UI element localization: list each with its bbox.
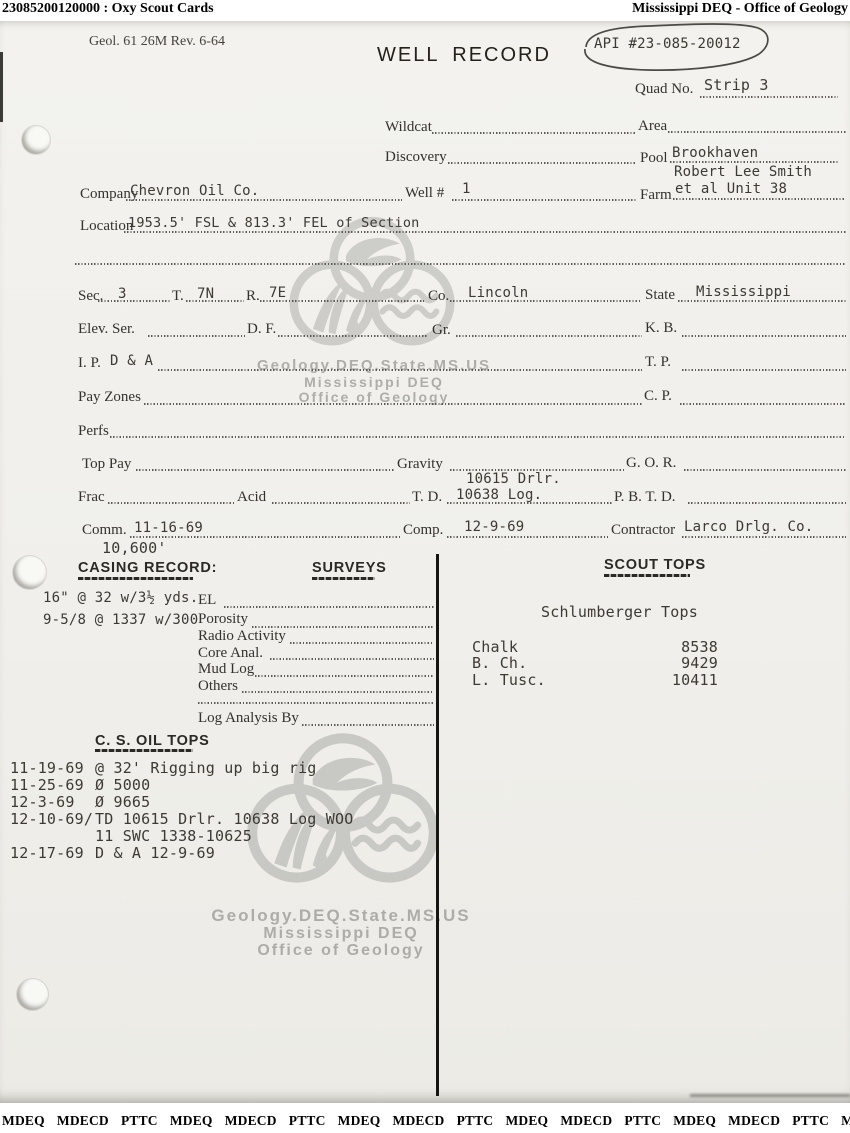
dotted-leader xyxy=(108,502,234,504)
oil-top-note: D & A 12-9-69 xyxy=(95,844,215,862)
field-comm-value: 11-16-69 xyxy=(134,520,203,536)
scout-tops-heading: SCOUT TOPS xyxy=(604,557,706,573)
field-td-value-driller: 10615 Drlr. xyxy=(466,471,561,487)
oil-top-date: 11-19-69 xyxy=(10,759,84,777)
field-township-label: T. xyxy=(172,288,184,305)
field-pool-label: Pool xyxy=(640,150,668,167)
field-well-no-label: Well # xyxy=(405,185,444,202)
dotted-leader xyxy=(270,658,434,660)
punch-hole xyxy=(17,979,48,1010)
dotted-leader xyxy=(224,606,434,608)
scout-top-depth: 10411 xyxy=(472,671,718,689)
field-state-value: Mississippi xyxy=(696,284,791,300)
survey-item-mud-log: Mud Log xyxy=(198,661,254,678)
dotted-leader xyxy=(450,300,642,302)
watermark-text-line3: Office of Geology xyxy=(188,942,494,960)
dotted-leader xyxy=(432,132,636,134)
dotted-leader xyxy=(688,502,846,504)
dotted-leader xyxy=(198,702,434,704)
viewer-header-right: Mississippi DEQ - Office of Geology xyxy=(632,1,848,17)
field-farm-value-line1: Robert Lee Smith xyxy=(674,164,812,180)
heading-underline xyxy=(604,574,690,577)
dotted-leader xyxy=(124,231,846,233)
field-company-value: Chevron Oil Co. xyxy=(130,183,259,199)
field-discovery-label: Discovery xyxy=(385,149,447,166)
field-td-label: T. D. xyxy=(412,489,442,506)
field-range-label: R. xyxy=(246,288,260,305)
field-sec-label: Sec. xyxy=(78,288,103,305)
dotted-leader xyxy=(452,199,636,201)
dotted-leader xyxy=(678,300,846,302)
column-divider-line xyxy=(436,554,439,1096)
oil-top-date: 12-3-69 xyxy=(10,793,75,811)
dotted-leader xyxy=(682,335,846,337)
field-contractor-value: Larco Drlg. Co. xyxy=(684,519,813,535)
field-quad-no-value: Strip 3 xyxy=(704,76,769,94)
dotted-leader xyxy=(700,96,838,98)
punch-hole xyxy=(13,556,46,589)
dotted-leader xyxy=(110,436,846,438)
field-comm-note: 10,600' xyxy=(102,539,167,557)
scanned-well-record-page: 23085200120000 : Oxy Scout Cards Mississ… xyxy=(0,0,850,1133)
survey-item-others: Others xyxy=(198,678,238,695)
oil-top-note: Ø 9665 xyxy=(95,793,150,811)
oil-top-note: Ø 5000 xyxy=(95,776,150,794)
watermark-text-line1: Geology.DEQ.State.MS.US xyxy=(246,357,502,374)
field-elev-ser-label: Elev. Ser. xyxy=(78,321,135,338)
dotted-leader xyxy=(682,536,846,538)
dotted-leader xyxy=(670,161,838,163)
field-acid-label: Acid xyxy=(237,489,266,506)
field-area-label: Area xyxy=(638,118,667,135)
viewer-header-left: 23085200120000 : Oxy Scout Cards xyxy=(2,1,214,17)
dotted-leader xyxy=(260,300,424,302)
dotted-leader xyxy=(136,469,394,471)
field-range-value: 7E xyxy=(269,285,286,301)
oil-top-note: TD 10615 Drlr. 10638 Log WOO xyxy=(95,810,353,828)
watermark-text-line1: Geology.DEQ.State.MS.US xyxy=(188,906,494,926)
field-pay-zones-label: Pay Zones xyxy=(78,389,141,406)
page-edge-artifact xyxy=(0,52,3,122)
punch-hole xyxy=(22,126,50,154)
field-pbtd-label: P. B. T. D. xyxy=(614,489,676,506)
field-comp-value: 12-9-69 xyxy=(464,519,524,535)
field-farm-value-line2: et al Unit 38 xyxy=(675,181,787,197)
field-frac-label: Frac xyxy=(78,489,105,506)
field-comm-label: Comm. xyxy=(82,522,127,539)
viewer-footer-text: MDEQ MDECD PTTC MDEQ MDECD PTTC MDEQ MDE… xyxy=(2,1113,850,1129)
dotted-leader xyxy=(144,403,642,405)
heading-underline xyxy=(312,577,375,580)
dotted-leader xyxy=(242,691,434,693)
dotted-leader xyxy=(255,675,434,677)
casing-record-line2: 9-5/8 @ 1337 w/300 xyxy=(43,612,198,628)
field-kb-label: K. B. xyxy=(645,320,677,337)
dotted-leader xyxy=(272,502,410,504)
field-quad-no-label: Quad No. xyxy=(635,81,693,98)
survey-item-core-anal: Core Anal. xyxy=(198,645,263,662)
field-ip-value: D & A xyxy=(110,353,153,369)
dotted-leader xyxy=(98,300,170,302)
oil-top-note: 11 SWC 1338-10625 xyxy=(95,827,252,845)
field-county-value: Lincoln xyxy=(468,285,528,301)
field-gor-label: G. O. R. xyxy=(626,455,676,472)
heading-underline xyxy=(78,577,193,580)
survey-item-log-analysis-by: Log Analysis By xyxy=(198,710,299,727)
field-contractor-label: Contractor xyxy=(611,522,675,539)
field-perfs-label: Perfs xyxy=(78,423,109,440)
field-location-value: 1953.5' FSL & 813.3' FEL of Section xyxy=(128,215,419,231)
dotted-leader xyxy=(448,162,636,164)
form-title: WELL RECORD xyxy=(377,44,551,67)
oil-top-date: 12-17-69 xyxy=(10,844,84,862)
page-edge-artifact xyxy=(690,1094,850,1097)
dotted-leader xyxy=(278,335,428,337)
field-wildcat-label: Wildcat xyxy=(385,119,432,136)
cs-oil-tops-heading: C. S. OIL TOPS xyxy=(95,733,210,749)
api-number: API #23-085-20012 xyxy=(594,36,741,52)
field-comp-label: Comp. xyxy=(403,522,443,539)
oil-top-date: 11-25-69 xyxy=(10,776,84,794)
scout-tops-subheading: Schlumberger Tops xyxy=(541,603,698,621)
dotted-leader xyxy=(158,369,642,371)
survey-item-radio-activity: Radio Activity xyxy=(198,628,286,645)
heading-underline xyxy=(95,749,193,752)
dotted-leader xyxy=(447,502,612,504)
dotted-leader xyxy=(130,536,400,538)
section-divider-dotted xyxy=(75,263,846,265)
casing-record-heading: CASING RECORD: xyxy=(78,560,217,576)
form-number: Geol. 61 26M Rev. 6-64 xyxy=(89,34,225,50)
survey-item-el: EL xyxy=(198,592,216,609)
dotted-leader xyxy=(302,724,434,726)
field-ip-label: I. P. xyxy=(78,355,101,372)
watermark-text-line2: Mississippi DEQ xyxy=(188,925,494,943)
dotted-leader xyxy=(682,369,846,371)
dotted-leader xyxy=(148,335,245,337)
dotted-leader xyxy=(126,199,402,201)
field-tp-label: T. P. xyxy=(645,354,671,371)
oil-top-note: @ 32' Rigging up big rig xyxy=(95,759,317,777)
dotted-leader xyxy=(668,131,846,133)
survey-item-porosity: Porosity xyxy=(198,611,248,628)
surveys-heading: SURVEYS xyxy=(312,560,387,576)
dotted-leader xyxy=(456,335,642,337)
dotted-leader xyxy=(447,536,608,538)
casing-record-line1: 16" @ 32 w/3½ yds. xyxy=(43,590,198,606)
field-county-label: Co. xyxy=(428,288,449,305)
field-top-pay-label: Top Pay xyxy=(82,456,131,473)
field-td-value-log: 10638 Log. xyxy=(456,487,542,503)
watermark-text-line2: Mississippi DEQ xyxy=(246,374,502,390)
field-gravity-label: Gravity xyxy=(397,456,443,473)
oil-top-date: 12-10-69/ xyxy=(10,810,93,828)
dotted-leader xyxy=(680,403,846,405)
dotted-leader xyxy=(186,300,244,302)
field-gr-label: Gr. xyxy=(432,322,451,339)
dotted-leader xyxy=(673,198,846,200)
field-state-label: State xyxy=(645,287,675,304)
field-well-no-value: 1 xyxy=(462,181,471,197)
field-pool-value: Brookhaven xyxy=(672,145,758,161)
field-df-label: D. F. xyxy=(247,321,276,338)
dotted-leader xyxy=(684,469,846,471)
field-cp-label: C. P. xyxy=(644,388,672,405)
scout-top-depth: 9429 xyxy=(472,654,718,672)
field-farm-label: Farm xyxy=(640,187,672,204)
dotted-leader xyxy=(290,642,434,644)
